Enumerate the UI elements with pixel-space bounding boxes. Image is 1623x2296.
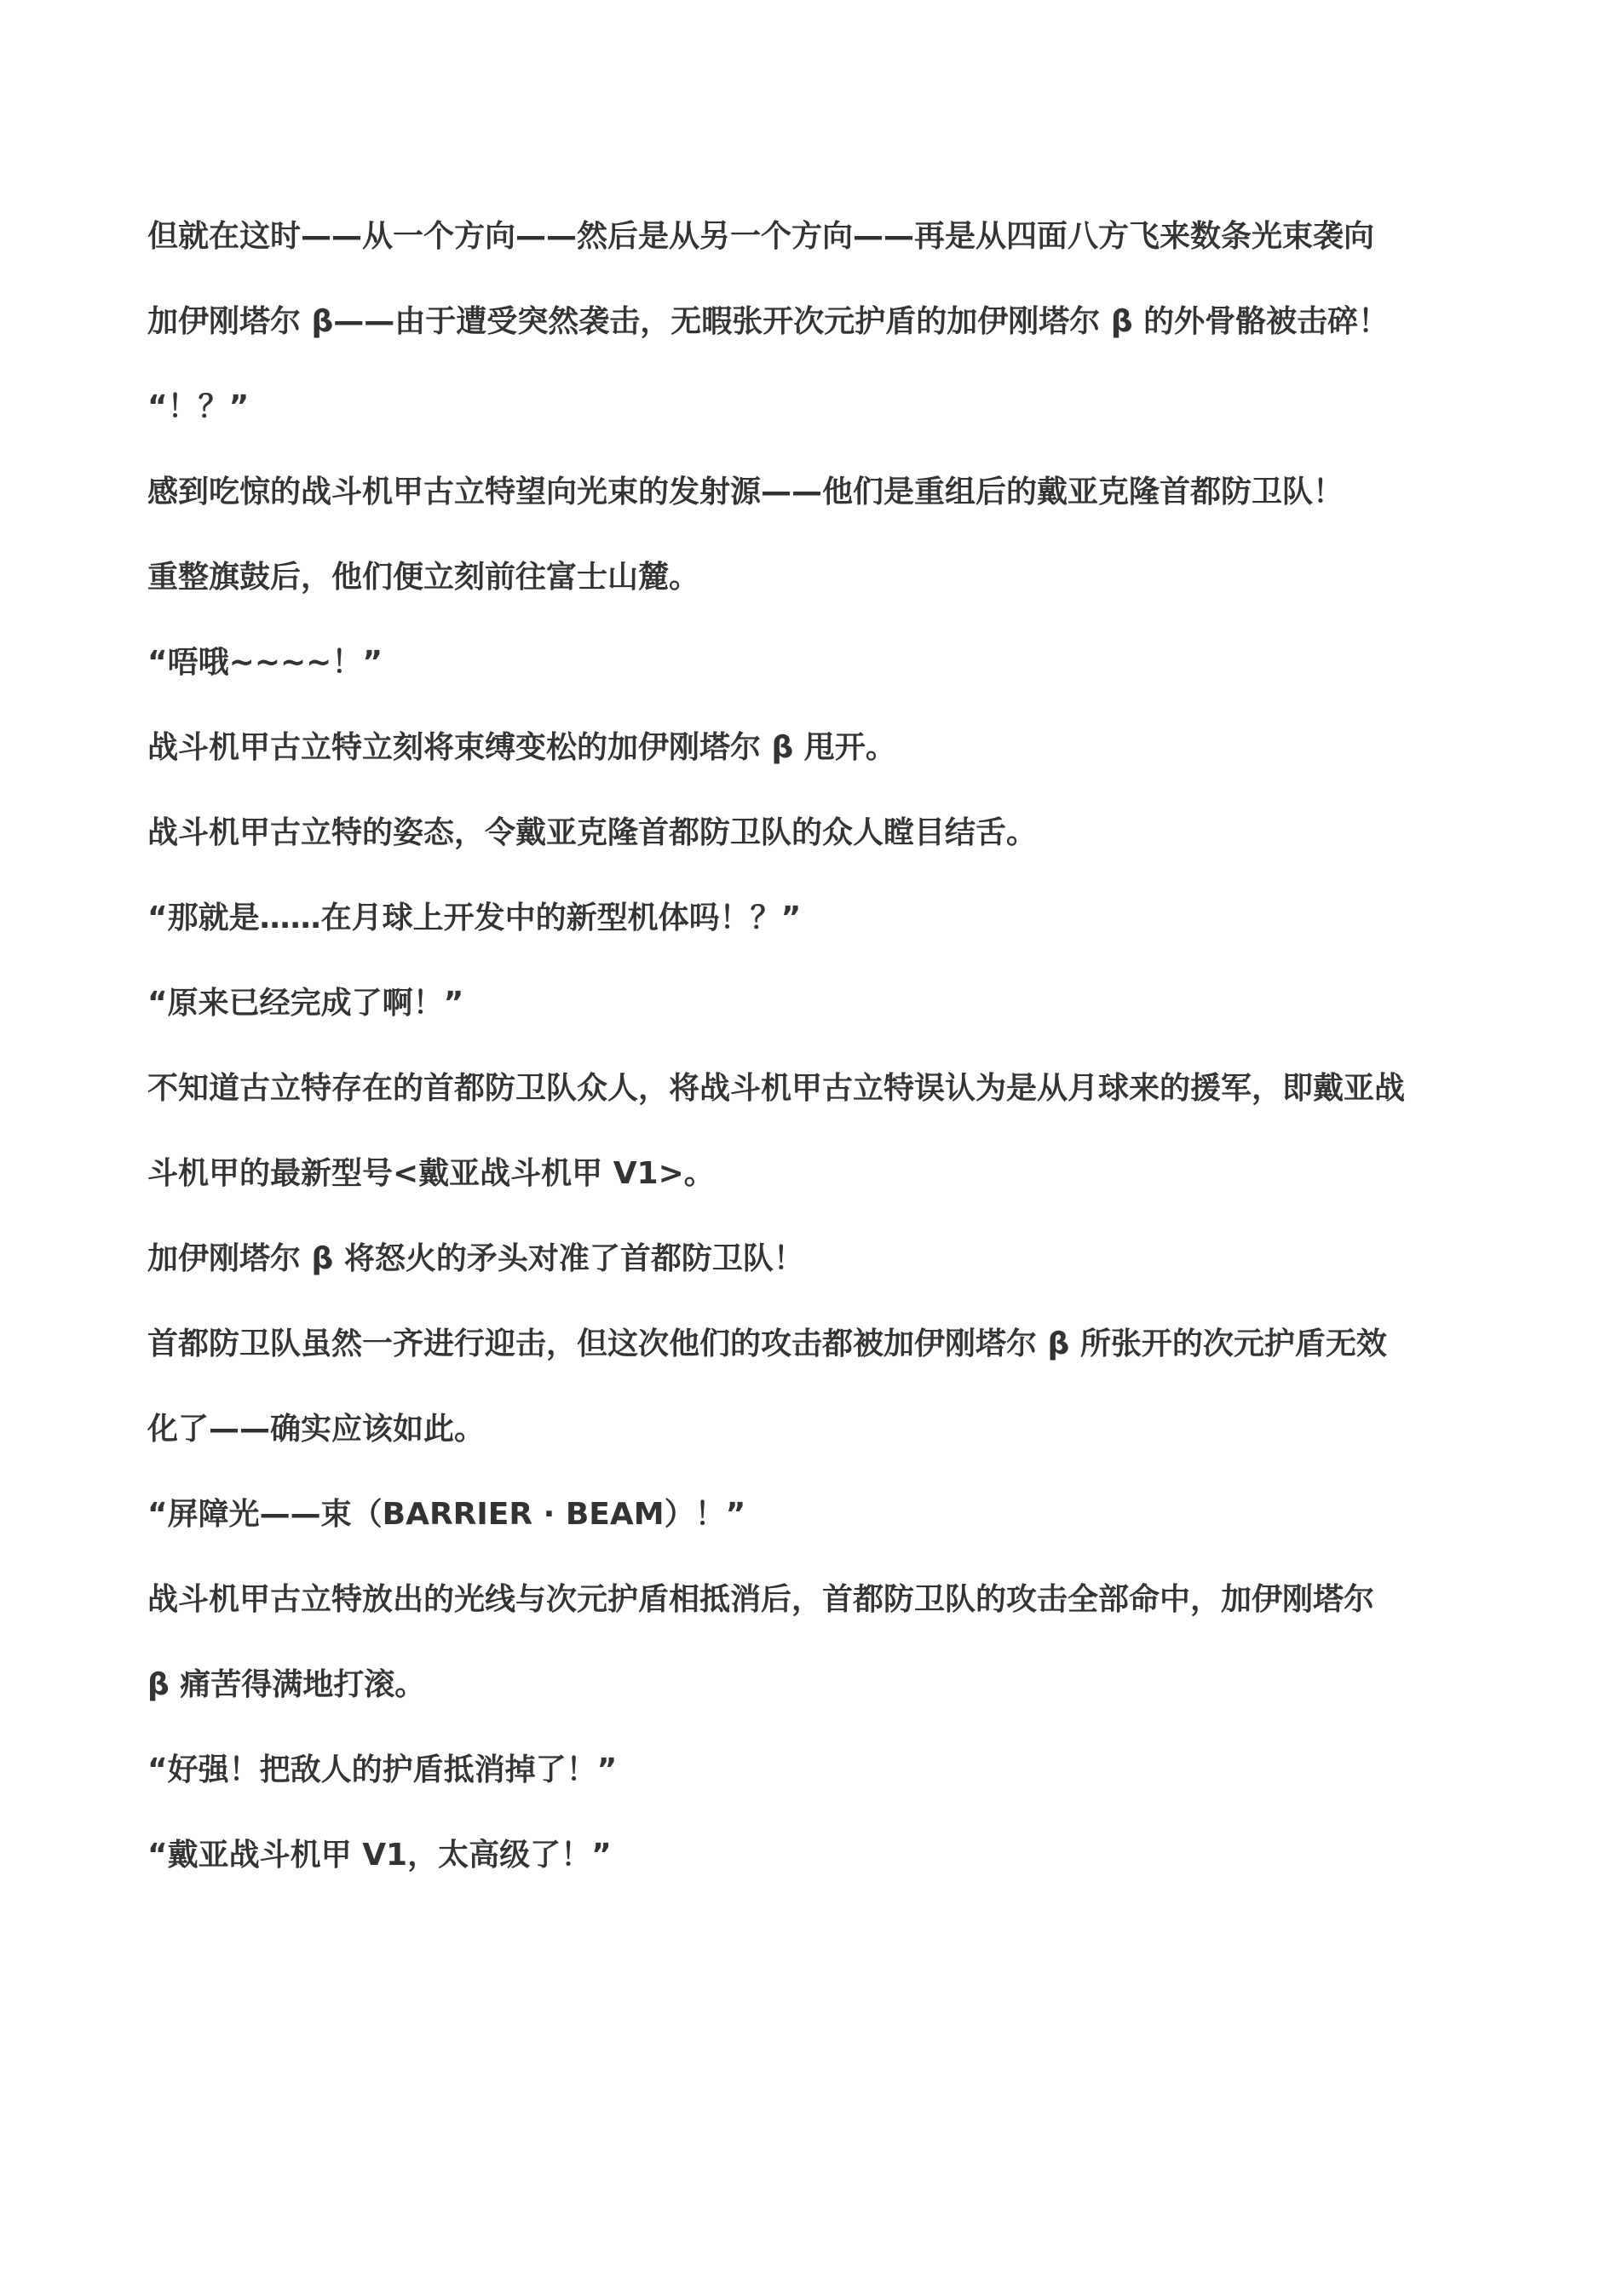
paragraph-line: 不知道古立特存在的首都防卫队众人，将战斗机甲古立特误认为是从月球来的援军，即戴亚…	[147, 1046, 1494, 1131]
dialogue-line: “戴亚战斗机甲 V1，太高级了！”	[147, 1813, 1494, 1898]
document-body: 但就在这时——从一个方向——然后是从另一个方向——再是从四面八方飞来数条光束袭向…	[147, 194, 1494, 1898]
paragraph-line: 但就在这时——从一个方向——然后是从另一个方向——再是从四面八方飞来数条光束袭向	[147, 194, 1494, 279]
dialogue-line: “唔哦~~~~！”	[147, 620, 1494, 705]
paragraph-line: 加伊刚塔尔 β 将怒火的矛头对准了首都防卫队！	[147, 1217, 1494, 1302]
paragraph-line: β 痛苦得满地打滚。	[147, 1643, 1494, 1728]
dialogue-line: “原来已经完成了啊！”	[147, 961, 1494, 1046]
paragraph-line: 感到吃惊的战斗机甲古立特望向光束的发射源——他们是重组后的戴亚克隆首都防卫队！	[147, 450, 1494, 535]
paragraph-line: 重整旗鼓后，他们便立刻前往富士山麓。	[147, 535, 1494, 620]
dialogue-line: “那就是……在月球上开发中的新型机体吗！？”	[147, 876, 1494, 961]
paragraph-line: 战斗机甲古立特的姿态，令戴亚克隆首都防卫队的众人瞠目结舌。	[147, 791, 1494, 876]
paragraph-line: 战斗机甲古立特立刻将束缚变松的加伊刚塔尔 β 甩开。	[147, 705, 1494, 791]
paragraph-line: 斗机甲的最新型号<戴亚战斗机甲 V1>。	[147, 1131, 1494, 1217]
dialogue-line: “屏障光——束（BARRIER · BEAM）！”	[147, 1472, 1494, 1557]
paragraph-line: 化了——确实应该如此。	[147, 1387, 1494, 1472]
dialogue-line: “好强！把敌人的护盾抵消掉了！”	[147, 1728, 1494, 1813]
paragraph-line: 首都防卫队虽然一齐进行迎击，但这次他们的攻击都被加伊刚塔尔 β 所张开的次元护盾…	[147, 1302, 1494, 1387]
dialogue-line: “！？”	[147, 365, 1494, 450]
paragraph-line: 战斗机甲古立特放出的光线与次元护盾相抵消后，首都防卫队的攻击全部命中，加伊刚塔尔	[147, 1557, 1494, 1643]
paragraph-line: 加伊刚塔尔 β——由于遭受突然袭击，无暇张开次元护盾的加伊刚塔尔 β 的外骨骼被…	[147, 279, 1494, 365]
